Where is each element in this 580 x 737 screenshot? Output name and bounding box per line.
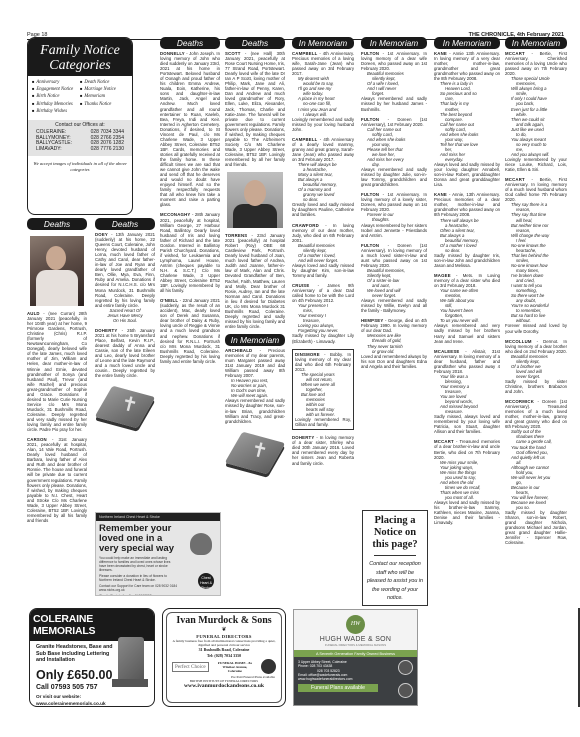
- memoriam-notice: CRUISE - James 9th Anniversary of a dear…: [292, 283, 354, 344]
- column-deaths-4: Deaths SCOTT - (nee Hall) 30th January 2…: [225, 37, 285, 607]
- section-header-in-memoriam: In Memoriam: [505, 37, 567, 49]
- section-header-in-memoriam: In Memoriam: [361, 37, 427, 49]
- memoriam-notice: DOHERTY - In loving memory of a dear sis…: [292, 435, 354, 465]
- death-notice: TORRENS - 23rd January 2021 (peacefully)…: [225, 233, 285, 329]
- column-memoriam-2: In Memoriam FULTON - 1st Anniversary. In…: [361, 37, 427, 505]
- memoriam-notice: MCALEESE - Alistair, 31st Anniversary. I…: [434, 349, 500, 435]
- category-list: Anniversary Death Notice Engagement Noti…: [28, 76, 132, 118]
- section-header-deaths: Deaths: [95, 218, 155, 230]
- category-item: Thanks Notice: [80, 101, 128, 108]
- column-memoriam-3: In Memoriam KANE - Annie 13th Anniversar…: [434, 37, 500, 607]
- memoriam-notice: MAGEE - Mets. In Loving memory of a dear…: [434, 273, 500, 344]
- heart-icon: [190, 533, 212, 555]
- memoriam-notice: CRAWFORD - In loving memory of our dear …: [292, 223, 354, 279]
- section-header-deaths: Deaths: [160, 37, 220, 49]
- bible-icon: ✝: [225, 429, 285, 474]
- placing-notice-box: Placing a Notice on this page? Contact o…: [362, 510, 428, 606]
- memoriam-notice: HEMPSEY - George, died on 4th February 1…: [361, 318, 427, 368]
- bible-icon: ✝: [95, 383, 155, 428]
- category-item: Engagement Notice: [32, 86, 80, 93]
- website-link[interactable]: www.colerainememorials.co.uk: [30, 701, 154, 707]
- section-header-in-memoriam: In Memoriam: [434, 37, 500, 49]
- memoriam-notice: MCCART - Bertie, First Anniversary. Cher…: [505, 51, 567, 172]
- column-memoriam-4: In Memoriam MCCART - Bertie, First Anniv…: [505, 37, 567, 607]
- memoriam-notice: FULTON - Doreen (1st Anniversary). In lo…: [361, 243, 427, 314]
- death-notice: SCOTT - (nee Hall) 30th January 2021, pe…: [225, 51, 285, 167]
- memoriam-notice: MCCOLLUM - Dermot. In loving memory of a…: [505, 339, 567, 395]
- memoriam-notice: KANE - Annie, 13th Anniversary. Precious…: [434, 192, 500, 268]
- death-notice: CARSON - 31st January 2021, peacefully a…: [27, 437, 87, 523]
- death-notice: DOEY - 13th January 2021 (suddenly) at h…: [95, 232, 155, 323]
- chest-heart-stroke-ad[interactable]: Northern Ireland Chest Heart & Stroke Re…: [95, 512, 221, 596]
- column-memoriam-1: In Memoriam CAMPBELL - 4th Anniversary. …: [292, 37, 354, 607]
- memoriam-notice: MCCART - Treasured memories of a dear br…: [434, 439, 500, 525]
- hw-logo: HW: [346, 615, 365, 634]
- category-item: Birthday Memories: [32, 101, 80, 108]
- section-header-in-memoriam: In Memoriam: [292, 37, 354, 49]
- column-deaths-2: Deaths DOEY - 13th January 2021 (suddenl…: [95, 218, 155, 508]
- memoriam-notice: MCCORMICK - Doreen (1st Anniversary). Tr…: [505, 399, 567, 545]
- photo-torrens: [227, 172, 283, 228]
- section-header-in-memoriam: In Memoriam: [225, 334, 285, 346]
- category-item: Memoriam: [80, 93, 128, 100]
- office-contacts: Contact our Offices at: COLERAINE:028 70…: [28, 120, 132, 156]
- section-header-deaths: Deaths: [27, 218, 87, 230]
- memoriam-notice: FULTON - Doreen (1st Anniversary), 1st F…: [361, 117, 427, 188]
- photo-auld: [30, 236, 84, 306]
- family-notice-title: Family Notice Categories: [28, 38, 132, 76]
- memoriam-notice-boxed: DINSMORE - Bobby. In loving memory of my…: [292, 349, 354, 431]
- website-link[interactable]: www.hughwadefuneraldirectors.com: [298, 677, 413, 681]
- category-item: Anniversary: [32, 79, 80, 86]
- headstone-icon: [118, 637, 144, 681]
- hugh-wade-ad[interactable]: HW HUGH WADE & SON FUNERAL DIRECTORS & M…: [293, 609, 418, 706]
- office-row: LIMAVADY:028 7776 2130: [36, 147, 124, 153]
- chest-heart-badge: Chest Heart & Stroke: [198, 573, 214, 589]
- ornament-icon: ❦: [169, 627, 279, 634]
- ad-headline: Remember your loved one in a very specia…: [96, 521, 186, 555]
- website-link[interactable]: www.ivanmurdockandsons.co.uk: [169, 683, 279, 689]
- category-item: Birth Notice: [32, 93, 80, 100]
- seal-icon: [398, 683, 413, 698]
- death-notice: DONNELLY - John Joseph. In loving memory…: [160, 51, 220, 207]
- category-item: Birthday Wishes: [32, 108, 80, 115]
- crest-icon: [261, 659, 276, 674]
- memoriam-notice: CAMPBELL - 4th Anniversary of a dearly l…: [292, 137, 354, 218]
- ivan-murdock-ad[interactable]: Ivan Murdock & Sons ❦ FUNERAL DIRECTORS …: [162, 608, 286, 707]
- memoriam-notice: FULTON - 1st Anniversary. In loving memo…: [361, 51, 427, 112]
- column-deaths-1: Deaths AULD - (nee Curran) 28th January …: [27, 218, 87, 608]
- memoriam-notice: CAMPBELL - 4th Anniversary. Precious mem…: [292, 51, 354, 132]
- memoriam-notice: ARCHIBALD - Precious memories of my dear…: [225, 348, 285, 424]
- family-notice-categories-box: Family Notice Categories Anniversary Dea…: [27, 37, 133, 215]
- death-notice: MCCONAGHY - 28th January 2021, peacefull…: [160, 212, 220, 293]
- seal-icon: [398, 660, 413, 675]
- section-header-deaths: Deaths: [225, 37, 285, 49]
- death-notice: DOHERTY - 25th January 2021 at his home …: [95, 328, 155, 378]
- death-notice: AULD - (nee Curran) 28th January 2021 (p…: [27, 311, 87, 432]
- memoriam-notice: MCCART - Bertie, First Anniversary. In l…: [505, 177, 567, 333]
- category-item: Death Notice: [80, 79, 128, 86]
- coleraine-memorials-ad[interactable]: COLERAINE MEMORIALS Granite Headstones, …: [29, 608, 155, 707]
- category-item: Marriage Notice: [80, 86, 128, 93]
- images-note: We accept images of individuals in all o…: [28, 158, 132, 175]
- memoriam-notice: FULTON - 1st Anniversary. In loving memo…: [361, 192, 427, 237]
- death-notice: O'NEILL - 22nd January 2021 (suddenly, a…: [160, 298, 220, 364]
- funeral-plans-banner: Funeral Plans available: [298, 684, 378, 691]
- memoriam-notice: KANE - Annie 13th Anniversary. In loving…: [434, 51, 500, 187]
- column-deaths-3: Deaths DONNELLY - John Joseph. In loving…: [160, 37, 220, 507]
